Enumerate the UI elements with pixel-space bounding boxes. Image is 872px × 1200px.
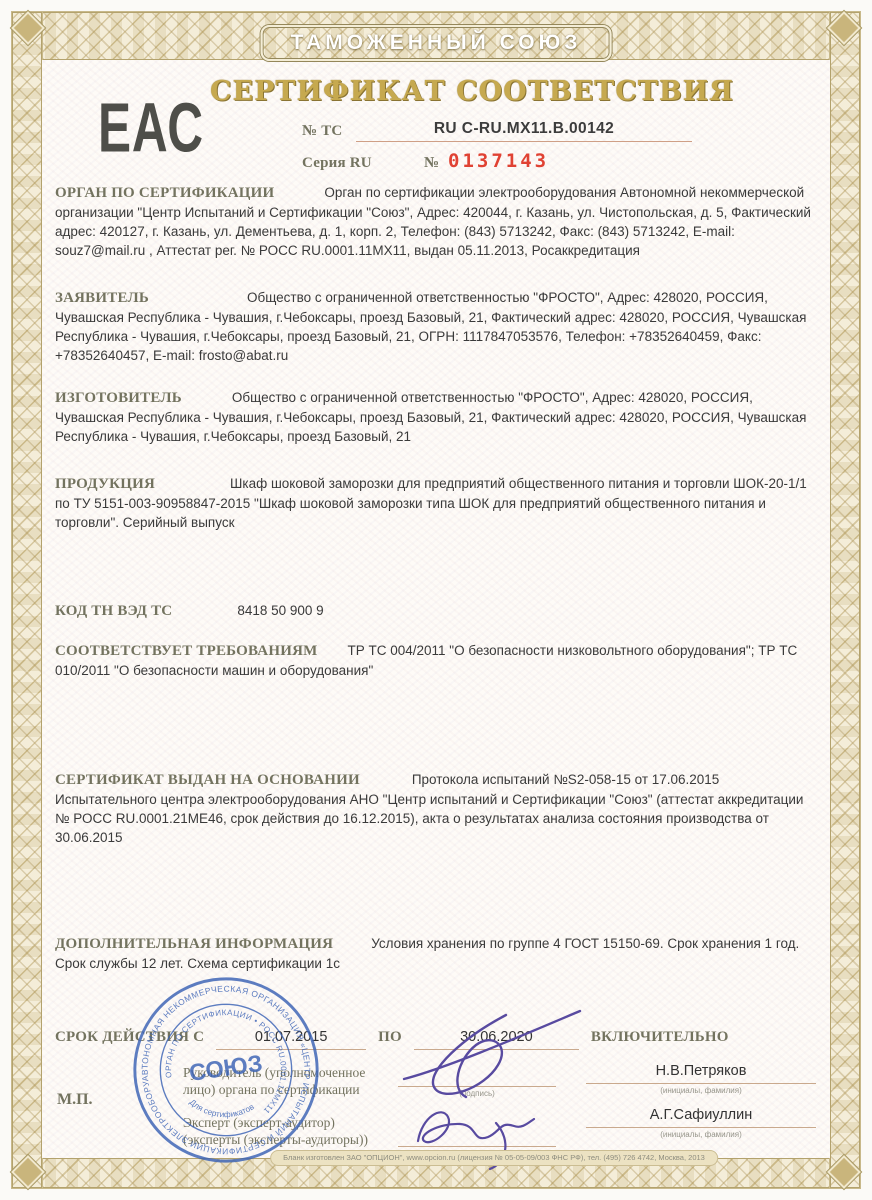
cert-number-value: RU C-RU.MX11.B.00142 bbox=[356, 119, 692, 142]
section-issued-on-basis: СЕРТИФИКАТ ВЫДАН НА ОСНОВАНИИПротокола и… bbox=[55, 770, 820, 847]
name-caption: (инициалы, фамилия) bbox=[586, 1128, 816, 1140]
blank-imprint: Бланк изготовлен ЗАО "ОПЦИОН", www.opcio… bbox=[270, 1150, 718, 1166]
seal-place-label: М.П. bbox=[57, 1090, 93, 1110]
certificate-page: ТАМОЖЕННЫЙ СОЮЗ ЕАС СЕРТИФИКАТ СООТВЕТСТ… bbox=[0, 0, 872, 1200]
section-certification-body: ОРГАН ПО СЕРТИФИКАЦИИОрган по сертификац… bbox=[55, 183, 820, 260]
section-label: ИЗГОТОВИТЕЛЬ bbox=[55, 390, 182, 406]
series-number: 0137143 bbox=[448, 149, 549, 173]
cert-number-label: № ТС bbox=[302, 122, 342, 141]
stamp-sub-text: Для сертификатов bbox=[187, 1089, 257, 1125]
validity-inclusive-label: ВКЛЮЧИТЕЛЬНО bbox=[591, 1028, 729, 1047]
eac-logo: ЕАС bbox=[98, 92, 204, 166]
section-label: СООТВЕТСТВУЕТ ТРЕБОВАНИЯМ bbox=[55, 643, 317, 659]
tnved-code-value: 8418 50 900 9 bbox=[237, 603, 323, 618]
name-caption: (инициалы, фамилия) bbox=[586, 1084, 816, 1096]
head-signature-ink bbox=[404, 1011, 580, 1097]
section-text: Шкаф шоковой заморозки для предприятий о… bbox=[55, 476, 807, 530]
section-label: КОД ТН ВЭД ТС bbox=[55, 603, 172, 619]
section-additional-info: ДОПОЛНИТЕЛЬНАЯ ИНФОРМАЦИЯУсловия хранени… bbox=[55, 934, 820, 973]
section-manufacturer: ИЗГОТОВИТЕЛЬОбщество с ограниченной отве… bbox=[55, 388, 820, 446]
expert-name-field: А.Г.Сафиуллин (инициалы, фамилия) bbox=[586, 1106, 816, 1140]
handwritten-signatures bbox=[388, 995, 588, 1175]
section-applicant: ЗАЯВИТЕЛЬОбщество с ограниченной ответст… bbox=[55, 288, 820, 365]
svg-text:Для сертификатов: Для сертификатов bbox=[187, 1089, 257, 1125]
frame-right-border bbox=[830, 12, 860, 1188]
series-label: Серия RU bbox=[302, 154, 372, 173]
section-requirements: СООТВЕТСТВУЕТ ТРЕБОВАНИЯМТР ТС 004/2011 … bbox=[55, 641, 820, 680]
frame-left-border bbox=[12, 12, 42, 1188]
certification-body-stamp: АВТОНОМНАЯ НЕКОММЕРЧЕСКАЯ ОРГАНИЗАЦИЯ «Ц… bbox=[115, 959, 336, 1180]
section-label: СЕРТИФИКАТ ВЫДАН НА ОСНОВАНИИ bbox=[55, 772, 360, 788]
expert-name: А.Г.Сафиуллин bbox=[586, 1106, 816, 1128]
head-name-field: Н.В.Петряков (инициалы, фамилия) bbox=[586, 1062, 816, 1096]
section-label: ПРОДУКЦИЯ bbox=[55, 476, 155, 492]
head-name: Н.В.Петряков bbox=[586, 1062, 816, 1084]
series-number-sign: № bbox=[424, 154, 439, 173]
section-product: ПРОДУКЦИЯШкаф шоковой заморозки для пред… bbox=[55, 474, 820, 532]
section-label: ЗАЯВИТЕЛЬ bbox=[55, 290, 149, 306]
certificate-title: СЕРТИФИКАТ СООТВЕТСТВИЯ bbox=[210, 76, 700, 108]
section-label: ОРГАН ПО СЕРТИФИКАЦИИ bbox=[55, 185, 274, 201]
section-label: ДОПОЛНИТЕЛЬНАЯ ИНФОРМАЦИЯ bbox=[55, 936, 333, 952]
customs-union-banner: ТАМОЖЕННЫЙ СОЮЗ bbox=[261, 25, 612, 61]
section-tnved-code: КОД ТН ВЭД ТС8418 50 900 9 bbox=[55, 601, 820, 621]
stamp-center-text: СОЮЗ bbox=[187, 1050, 264, 1086]
